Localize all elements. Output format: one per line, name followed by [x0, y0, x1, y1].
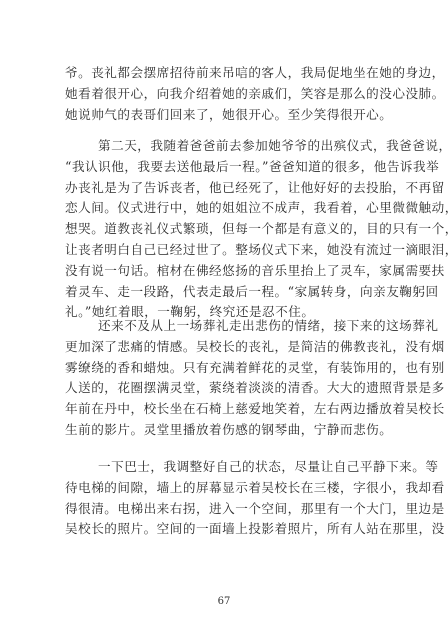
text-line: 人送的，花圈摆满灵堂，萦绕着淡淡的清香。大大的遗照背景是多 [65, 378, 387, 399]
text-line: 想哭。道教丧礼仪式繁琐，但每一个都是有意义的，目的只有一个， [65, 219, 387, 240]
paragraph-2: 第二天，我随着爸爸前去参加她爷爷的出殡仪式，我爸爸说， “我认识他，我要去送他最… [65, 136, 387, 323]
text-line: 着灵车、走一段路，代表走最后一程。“家属转身，向亲友鞠躬回 [65, 282, 387, 303]
text-line: 爷。丧礼都会摆席招待前来吊唁的客人，我局促地坐在她的身边， [65, 63, 387, 84]
text-line: 得很清。电梯出来右拐，进入一个空间，那里有一个大门，里边是 [65, 499, 387, 520]
paragraph-3: 还来不及从上一场葬礼走出悲伤的情绪，接下来的这场葬礼 更加深了悲痛的情感。吴校长… [65, 316, 387, 441]
text-line: “我认识他，我要去送他最后一程。”爸爸知道的很多，他告诉我举 [65, 157, 387, 178]
text-line: 一下巴士，我调整好自己的状态，尽量让自己平静下来。等 [65, 457, 387, 478]
text-line: 恋人间。仪式进行中，她的姐姐泣不成声，我看着，心里微微触动， [65, 198, 387, 219]
text-line: 第二天，我随着爸爸前去参加她爷爷的出殡仪式，我爸爸说， [65, 136, 387, 157]
text-line: 更加深了悲痛的情感。吴校长的丧礼，是简洁的佛教丧礼，没有烟 [65, 337, 387, 358]
text-line: 让丧者明白自己已经过世了。整场仪式下来，她没有流过一滴眼泪， [65, 240, 387, 261]
text-line: 待电梯的间隙，墙上的屏幕显示着吴校长在三楼，字很小，我却看 [65, 478, 387, 499]
text-line: 没有说一句话。棺材在佛经悠扬的音乐里抬上了灵车，家属需要扶 [65, 261, 387, 282]
text-line: 她说帅气的表哥们回来了，她很开心。至少笑得很开心。 [65, 105, 387, 126]
text-line: 办丧礼是为了告诉丧者，他已经死了，让他好好的去投胎，不再留 [65, 178, 387, 199]
paragraph-4: 一下巴士，我调整好自己的状态，尽量让自己平静下来。等 待电梯的间隙，墙上的屏幕显… [65, 457, 387, 540]
text-line: 她看着很开心，向我介绍着她的亲戚们，笑容是那么的没心没肺。 [65, 84, 387, 105]
text-line: 年前在丹中，校长坐在石椅上慈爱地笑着，左右两边播放着吴校长 [65, 399, 387, 420]
text-line: 生前的影片。灵堂里播放着伤感的钢琴曲，宁静而悲伤。 [65, 420, 387, 441]
paragraph-1: 爷。丧礼都会摆席招待前来吊唁的客人，我局促地坐在她的身边， 她看着很开心，向我介… [65, 63, 387, 125]
text-line: 吴校长的照片。空间的一面墙上投影着照片，所有人站在那里，没 [65, 519, 387, 540]
page-number: 67 [0, 596, 448, 607]
text-line: 还来不及从上一场葬礼走出悲伤的情绪，接下来的这场葬礼 [65, 316, 387, 337]
text-line: 雾缭绕的香和蜡烛。只有充满着鲜花的灵堂，有装饰用的，也有别 [65, 358, 387, 379]
document-page: 爷。丧礼都会摆席招待前来吊唁的客人，我局促地坐在她的身边， 她看着很开心，向我介… [0, 0, 448, 640]
